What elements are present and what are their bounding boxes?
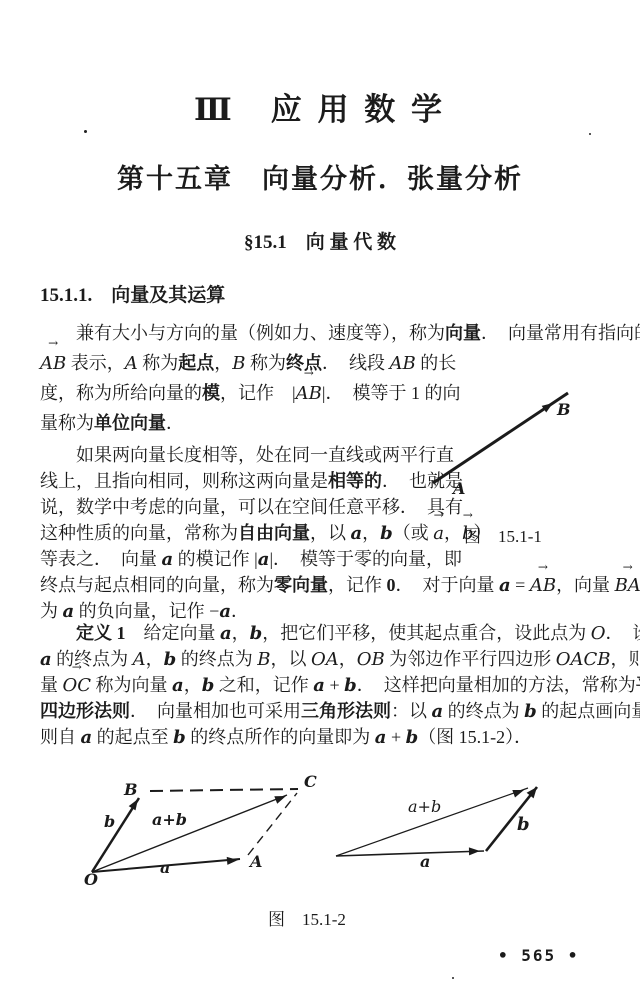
text-line: 等表之． 向量 a 的模记作 |a|． 模等于零的向量，即 xyxy=(40,546,640,572)
emphasized-text: b xyxy=(202,675,215,696)
point-label-o: O xyxy=(84,870,98,889)
body-text: 说，数学中考虑的向量，可以在空间任意平移． 具有 xyxy=(40,497,463,517)
body-text: 则自 xyxy=(40,727,81,747)
figure-15-1-1-caption: 图 15.1-1 xyxy=(464,522,542,547)
figure-15-1-2: O B C A a b a+b a+b b a xyxy=(40,765,600,890)
emphasized-text: a xyxy=(220,623,232,644)
emphasized-text: OB xyxy=(357,649,385,670)
scan-speck xyxy=(452,977,454,979)
body-text: 的负向量，记作 − xyxy=(74,601,219,621)
body-text: ． 向量相加也可采用 xyxy=(130,701,301,721)
emphasized-text: b xyxy=(164,649,177,670)
body-text: 度，称为所给向量的 xyxy=(40,383,202,403)
emphasized-text: 模 xyxy=(202,383,220,403)
body-text: 这种性质的向量，常称为 xyxy=(40,523,238,543)
body-text: 的终点为 xyxy=(176,649,257,669)
arrowhead-icon xyxy=(129,799,138,810)
emphasized-text: 起点 xyxy=(178,353,214,373)
emphasized-text: AB xyxy=(296,379,322,409)
body-text: ． 设此时 xyxy=(606,623,640,643)
body-text: ， xyxy=(184,675,202,695)
subsection-title: 15.1.1. 向量及其运算 xyxy=(40,280,225,307)
body-text: 称为向量 xyxy=(91,675,172,695)
body-text: ． 线段 xyxy=(322,353,390,373)
emphasized-text: AB xyxy=(389,353,415,374)
emphasized-text: a xyxy=(258,549,270,570)
emphasized-text: b xyxy=(344,675,357,696)
paragraph-definition-1: 定义 1 给定向量 a，b，把它们平移，使其起点重合，设此点为 O． 设此时a … xyxy=(40,620,640,750)
vector-sum-label: a+b xyxy=(152,810,187,829)
emphasized-text: AB xyxy=(530,573,556,599)
emphasized-text: 零向量 xyxy=(274,575,328,595)
emphasized-text: a xyxy=(162,549,174,570)
body-text: 称为 xyxy=(138,353,179,373)
arrowhead-icon xyxy=(512,790,524,798)
body-text: + xyxy=(386,727,405,747)
text-line: 定义 1 给定向量 a，b，把它们平移，使其起点重合，设此点为 O． 设此时 xyxy=(40,620,640,646)
section-title: §15.1 向 量 代 数 xyxy=(0,227,640,254)
body-text: ． xyxy=(166,413,184,433)
emphasized-text: b xyxy=(380,523,393,544)
body-text: 的终点为 xyxy=(52,649,133,669)
emphasized-text: 0 xyxy=(387,575,396,595)
dashed-edge-ac xyxy=(248,793,297,855)
body-text: （图 15.1-2）． xyxy=(418,727,532,747)
emphasized-text: a xyxy=(351,523,363,544)
triangle-diagram: a+b b a xyxy=(336,787,537,871)
text-line: 终点与起点相同的向量，称为零向量，记作 0． 对于向量 a = AB，向量 BA… xyxy=(40,572,640,598)
emphasized-text: O xyxy=(591,623,606,644)
body-text: 量 xyxy=(40,675,63,695)
body-text: ，记作 xyxy=(328,575,387,595)
vector-a-label: a xyxy=(420,852,430,871)
page-number: • 565 • xyxy=(498,946,579,965)
text-line: a 的终点为 A，b 的终点为 B，以 OA，OB 为邻边作平行四边形 OACB… xyxy=(40,646,640,672)
body-text: ，则向 xyxy=(611,649,640,669)
text-line: 四边形法则． 向量相加也可采用三角形法则：以 a 的终点为 b 的起点画向量 b… xyxy=(40,698,640,724)
dashed-edge-bc xyxy=(150,789,298,791)
body-text: 兼有大小与方向的量（例如力、速度等），称为 xyxy=(76,323,445,343)
emphasized-text: b xyxy=(524,701,537,722)
body-text: ， xyxy=(362,523,380,543)
point-label-a: A xyxy=(451,479,465,498)
emphasized-text: 三角形法则 xyxy=(301,701,391,721)
emphasized-text: b xyxy=(250,623,263,644)
body-text: 线上，且指向相同，则称这两向量是 xyxy=(40,471,328,491)
body-text: ， xyxy=(232,623,250,643)
emphasized-text: a xyxy=(40,649,52,670)
point-label-b: B xyxy=(123,780,138,799)
body-text: ，以 xyxy=(310,523,351,543)
body-text: 的终点为 xyxy=(443,701,524,721)
body-text: 如果两向量长度相等，处在同一直线或两平行直 xyxy=(76,445,454,465)
text-line: AB 表示，A 称为起点，B 称为终点． 线段 AB 的长 xyxy=(40,348,640,378)
emphasized-text: 自由向量 xyxy=(238,523,310,543)
body-text: 的终点所作的向量即为 xyxy=(186,727,375,747)
body-text: ， xyxy=(214,353,232,373)
body-text: ． xyxy=(231,601,249,621)
body-text: ， xyxy=(146,649,164,669)
body-text: ， xyxy=(339,649,357,669)
vector-b-label: b xyxy=(517,814,530,835)
emphasized-text: 平行 xyxy=(636,675,640,695)
body-text: 的长 xyxy=(416,353,457,373)
body-text: 终点与起点相同的向量，称为 xyxy=(40,575,274,595)
vector-sum-label: a+b xyxy=(408,797,441,816)
body-text: 给定向量 xyxy=(126,623,221,643)
body-text: ． 对于向量 xyxy=(396,575,500,595)
body-text: 的起点至 xyxy=(92,727,173,747)
body-text: 称为 xyxy=(245,353,286,373)
part-title: Ⅲ 应 用 数 学 xyxy=(0,84,640,129)
arrowhead-icon xyxy=(469,847,480,855)
figure-15-1-2-caption: 图 15.1-2 xyxy=(268,905,346,930)
book-page: Ⅲ 应 用 数 学 第十五章 向量分析．张量分析 §15.1 向 量 代 数 1… xyxy=(0,0,640,988)
emphasized-text: 相等的 xyxy=(328,471,382,491)
body-text: 量称为 xyxy=(40,413,94,433)
body-text: 的起点画向量 xyxy=(537,701,640,721)
emphasized-text: b xyxy=(173,727,186,748)
emphasized-text: B xyxy=(232,353,245,374)
vector-b-label: b xyxy=(104,812,115,831)
arrowhead-icon xyxy=(274,796,286,804)
emphasized-text: 向量 xyxy=(445,323,481,343)
vector-b-line xyxy=(92,798,139,872)
body-text: 为邻边作平行四边形 xyxy=(385,649,556,669)
body-text: 为 xyxy=(40,601,63,621)
emphasized-text: a xyxy=(81,727,93,748)
emphasized-text: a xyxy=(172,675,184,696)
emphasized-text: a xyxy=(63,601,75,622)
parallelogram-diagram: O B C A a b a+b xyxy=(84,772,317,889)
emphasized-text: a xyxy=(432,701,444,722)
body-text: ． 向量常用有指向的线段 xyxy=(481,323,640,343)
emphasized-text: 单位向量 xyxy=(94,413,166,433)
chapter-title: 第十五章 向量分析．张量分析 xyxy=(0,157,640,196)
point-label-c: C xyxy=(304,772,317,791)
emphasized-text: a xyxy=(313,675,325,696)
emphasized-text: AB xyxy=(40,349,66,379)
body-text: ：以 xyxy=(391,701,432,721)
emphasized-text: a xyxy=(375,727,387,748)
body-text: 之和，记作 xyxy=(214,675,313,695)
text-line: 则自 a 的起点至 b 的终点所作的向量即为 a + b（图 15.1-2）． xyxy=(40,724,640,750)
scan-speck xyxy=(589,133,591,135)
emphasized-text: a xyxy=(219,601,231,622)
point-label-a: A xyxy=(248,852,262,871)
vector-a-label: a xyxy=(160,858,170,877)
body-text: ． 这样把向量相加的方法，常称为 xyxy=(357,675,636,695)
body-text: ，把它们平移，使其起点重合，设此点为 xyxy=(262,623,591,643)
body-text: ，向量 xyxy=(556,575,615,595)
body-text: ，以 xyxy=(271,649,312,669)
emphasized-text: 四边形法则 xyxy=(40,701,130,721)
emphasized-text: OA xyxy=(311,649,339,670)
body-text: ，记作 | xyxy=(220,383,296,403)
text-line: 兼有大小与方向的量（例如力、速度等），称为向量． 向量常用有指向的线段 xyxy=(40,318,640,348)
body-text: 表示， xyxy=(66,353,125,373)
emphasized-text: OC xyxy=(63,673,92,699)
body-text: 等表之． 向量 xyxy=(40,549,162,569)
body-text: 的模记作 | xyxy=(173,549,258,569)
emphasized-text: A xyxy=(133,649,146,670)
emphasized-text: b xyxy=(406,727,419,748)
emphasized-text: 定义 1 xyxy=(76,623,126,643)
point-label-b: B xyxy=(556,400,571,419)
scan-speck xyxy=(84,130,87,133)
emphasized-text: OACB xyxy=(556,649,611,670)
emphasized-text: A xyxy=(125,353,138,374)
figure-15-1-1: A B xyxy=(420,382,620,532)
vector-a-line xyxy=(336,851,484,856)
emphasized-text: BA xyxy=(615,573,640,599)
arrowhead-icon xyxy=(227,857,238,865)
body-text: = xyxy=(511,575,530,595)
body-text: |． 模等于零的向量，即 xyxy=(269,549,462,569)
emphasized-text: B xyxy=(257,649,270,670)
text-line: 量 OC 称为向量 a，b 之和，记作 a + b． 这样把向量相加的方法，常称… xyxy=(40,672,640,698)
emphasized-text: a xyxy=(499,575,511,596)
body-text: + xyxy=(325,675,344,695)
